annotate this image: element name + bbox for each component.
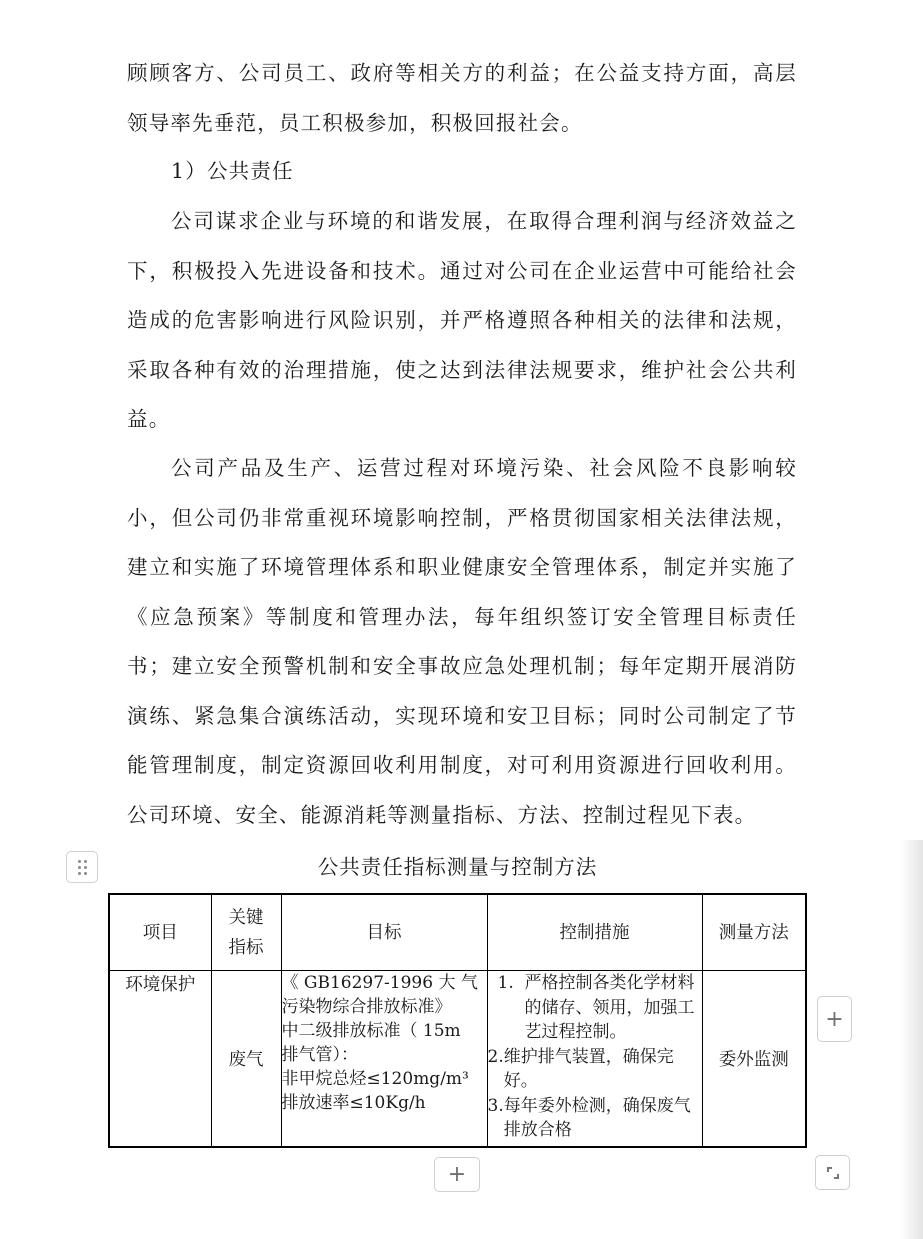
cell-item[interactable]: 环境保护 <box>109 971 211 1148</box>
table-caption: 公共责任指标测量与控制方法 <box>109 850 806 880</box>
measures-list: 1. 严格控制各类化学材料的储存、领用，加强工艺过程控制。 2.维护排气装置，确… <box>488 971 702 1143</box>
measure-item: 1. 严格控制各类化学材料的储存、领用，加强工艺过程控制。 <box>488 971 702 1045</box>
header-target: 目标 <box>281 894 487 971</box>
cell-method[interactable]: 委外监测 <box>702 971 806 1148</box>
target-line: 排气管）： <box>282 1043 487 1067</box>
add-row-button[interactable]: + <box>434 1157 480 1192</box>
resize-icon <box>826 1166 840 1180</box>
target-line: 污染物综合排放标准》 <box>282 995 487 1019</box>
scroll-edge-shadow <box>901 840 923 1239</box>
measure-item: 2.维护排气装置，确保完好。 <box>488 1045 702 1094</box>
target-line: 中二级排放标准（ 15m <box>282 1019 487 1043</box>
resize-table-button[interactable] <box>815 1155 850 1190</box>
table-header-row: 项目 关键指标 目标 控制措施 测量方法 <box>109 894 806 971</box>
target-line: 《 GB16297-1996 大 气 <box>282 971 487 995</box>
drag-dots-icon <box>78 860 87 875</box>
header-method: 测量方法 <box>702 894 806 971</box>
plus-icon: + <box>825 1007 843 1032</box>
paragraph-environment-control: 公司产品及生产、运营过程对环境污染、社会风险不良影响较小，但公司仍非常重视环境影… <box>127 444 797 840</box>
header-item: 项目 <box>109 894 211 971</box>
cell-key-indicator[interactable]: 废气 <box>211 971 281 1148</box>
target-line: 非甲烷总烃≤120mg/m³ <box>282 1067 487 1091</box>
table-row: 环境保护 废气 《 GB16297-1996 大 气 污染物综合排放标准》 中二… <box>109 971 806 1148</box>
measure-item: 3.每年委外检测，确保废气排放合格 <box>488 1094 702 1143</box>
target-line: 排放速率≤10Kg/h <box>282 1091 487 1115</box>
paragraph-stakeholders: 顾顾客方、公司员工、政府等相关方的利益；在公益支持方面，高层领导率先垂范，员工积… <box>127 49 797 148</box>
header-measures: 控制措施 <box>487 894 702 971</box>
public-responsibility-table: 项目 关键指标 目标 控制措施 测量方法 环境保护 废气 《 GB16297-1… <box>108 893 807 1148</box>
cell-measures[interactable]: 1. 严格控制各类化学材料的储存、领用，加强工艺过程控制。 2.维护排气装置，确… <box>487 971 702 1148</box>
paragraph-harmonious-development: 公司谋求企业与环境的和谐发展，在取得合理利润与经济效益之下，积极投入先进设备和技… <box>127 197 797 445</box>
cell-target[interactable]: 《 GB16297-1996 大 气 污染物综合排放标准》 中二级排放标准（ 1… <box>281 971 487 1148</box>
section-heading-public-responsibility: 1）公共责任 <box>171 147 841 197</box>
header-key-indicator: 关键指标 <box>211 894 281 971</box>
plus-icon: + <box>448 1162 466 1187</box>
add-column-button[interactable]: + <box>817 996 852 1042</box>
table-drag-handle[interactable] <box>66 851 98 883</box>
